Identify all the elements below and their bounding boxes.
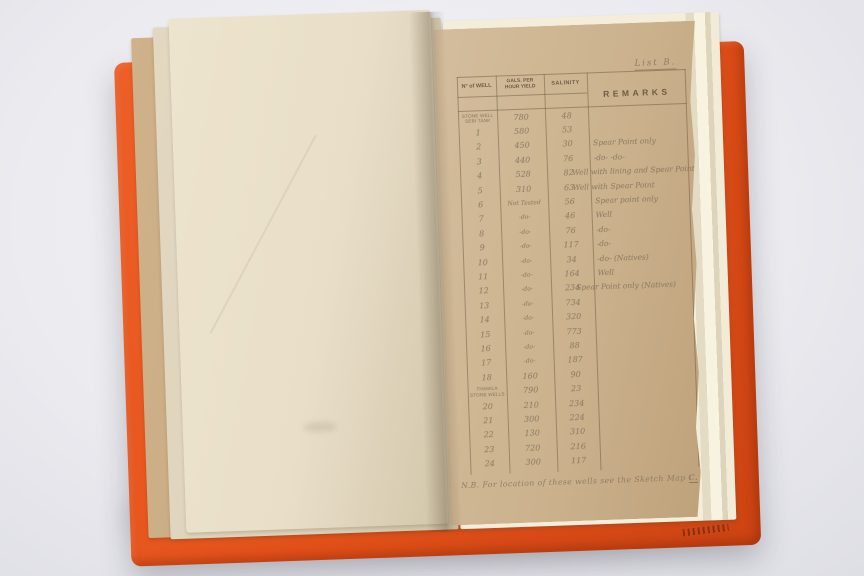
cell-well-number: 21 (469, 415, 508, 425)
cell-well-number: 1 (459, 128, 498, 138)
cell-salinity: 90 (554, 369, 597, 379)
cell-well-number: 10 (463, 257, 502, 267)
cell-salinity: 48 (545, 110, 588, 120)
cell-remarks (595, 313, 694, 316)
cell-remarks: -do- (592, 222, 691, 234)
cell-yield: -do- (506, 357, 554, 366)
cell-well-number: Thamila Stone Wells (468, 386, 507, 398)
cell-well-number: 18 (467, 372, 506, 382)
cell-remarks: Well (593, 265, 692, 277)
map-reference: C. (688, 473, 698, 483)
cell-remarks (588, 111, 687, 114)
header-salinity: SALINITY (544, 72, 588, 93)
page-smudge (303, 421, 337, 432)
cell-well-number: 13 (465, 300, 504, 310)
cell-remarks (596, 327, 695, 330)
cell-yield: 450 (498, 140, 546, 151)
header-yield: GALS. PER HOUR YIELD (496, 74, 545, 96)
cell-remarks: Spear Point only (589, 135, 688, 147)
cell-salinity: 88 (553, 340, 596, 350)
cell-yield: 310 (500, 184, 548, 195)
cell-yield: 580 (498, 126, 546, 137)
header-well-number: N° of WELL (457, 76, 497, 97)
cell-yield: -do- (501, 213, 549, 222)
cell-yield: 780 (497, 112, 545, 123)
cell-salinity: 117 (550, 240, 593, 250)
cell-yield: 210 (507, 399, 555, 410)
cell-salinity: 76 (549, 225, 592, 235)
cell-well-number: 14 (465, 315, 504, 325)
right-table-page: List B. N° of WELL GALS. PER HOUR YIELD … (433, 21, 712, 526)
cell-yield: -do- (505, 328, 553, 337)
cell-yield: 300 (509, 457, 557, 468)
cell-well-number: 7 (462, 214, 501, 224)
list-title: List B. (584, 57, 676, 70)
cell-yield: -do- (505, 343, 553, 352)
cell-salinity: 187 (554, 355, 597, 365)
cell-well-number: 8 (462, 228, 501, 238)
cell-remarks: Spear point only (591, 193, 690, 205)
cell-remarks (597, 370, 696, 373)
cell-well-number: 3 (460, 156, 499, 166)
cell-remarks (596, 341, 695, 344)
cell-remarks (600, 456, 699, 459)
cell-yield: -do- (503, 285, 551, 294)
cell-yield: -do- (503, 271, 551, 280)
cell-salinity: 34 (550, 254, 593, 264)
cell-remarks: -do- (592, 236, 691, 248)
photo-backdrop: List B. N° of WELL GALS. PER HOUR YIELD … (0, 0, 864, 576)
cell-salinity: 320 (552, 311, 595, 321)
cell-yield: Not Tested (500, 199, 548, 208)
cell-well-number: 22 (469, 430, 508, 440)
cell-remarks (599, 413, 698, 416)
cell-well-number: 4 (460, 171, 499, 181)
cell-yield: 790 (507, 385, 555, 396)
cell-salinity: 23 (555, 383, 598, 393)
wells-table: N° of WELL GALS. PER HOUR YIELD SALINITY… (457, 69, 700, 475)
cell-remarks (595, 298, 694, 301)
cell-well-number: 23 (470, 444, 509, 454)
cell-yield: 130 (508, 428, 556, 439)
cell-remarks (599, 428, 698, 431)
cell-well-number: 9 (463, 243, 502, 253)
cell-remarks (600, 442, 699, 445)
cell-remarks (597, 356, 696, 359)
left-blank-page (169, 10, 449, 533)
cell-yield: 160 (506, 371, 554, 382)
cell-yield: 720 (509, 442, 557, 453)
page-smudge (209, 135, 316, 335)
cell-remarks: -do- -do- (589, 150, 688, 162)
cell-salinity: 216 (557, 441, 600, 451)
cell-remarks: Well with Spear Point (568, 179, 689, 192)
cell-remarks: -do- (Natives) (593, 251, 692, 263)
cell-well-number: 15 (466, 329, 505, 339)
cell-salinity: 773 (553, 326, 596, 336)
cell-well-number: 11 (464, 272, 503, 282)
cell-salinity: 56 (548, 196, 591, 206)
cell-yield: -do- (502, 242, 550, 251)
footnote-text: N.B. For location of these wells see the… (461, 473, 689, 490)
cell-well-number: Stone Well Sebi Tank (458, 113, 497, 125)
cell-yield: -do- (504, 314, 552, 323)
cell-remarks (589, 126, 688, 129)
cell-well-number: 20 (468, 401, 507, 411)
cell-salinity: 117 (557, 455, 600, 465)
cell-well-number: 6 (461, 200, 500, 210)
cell-yield: -do- (501, 228, 549, 237)
cell-salinity: 46 (548, 211, 591, 221)
cell-remarks: Spear Point only (Natives) (572, 279, 693, 292)
cell-salinity: 53 (545, 125, 588, 135)
cell-salinity: 734 (552, 297, 595, 307)
cell-well-number: 2 (459, 142, 498, 152)
cell-well-number: 16 (466, 343, 505, 353)
cell-yield: -do- (504, 300, 552, 309)
cell-yield: 528 (499, 169, 547, 180)
cell-salinity: 310 (556, 427, 599, 437)
cell-salinity: 30 (546, 139, 589, 149)
cell-remarks: Well with lining and Spear Point (568, 164, 689, 177)
header-remarks: REMARKS (587, 81, 687, 104)
cell-yield: 440 (499, 155, 547, 166)
cell-salinity: 76 (546, 153, 589, 163)
open-book: List B. N° of WELL GALS. PER HOUR YIELD … (103, 4, 778, 575)
cell-salinity: 234 (555, 398, 598, 408)
cell-remarks: Well (591, 207, 690, 219)
cell-salinity: 224 (556, 412, 599, 422)
table-rows: Stone Well Sebi Tank 780 48 1 580 53 2 4… (458, 104, 699, 472)
cell-yield: -do- (502, 256, 550, 265)
footnote: N.B. For location of these wells see the… (461, 472, 711, 490)
cell-well-number: 24 (470, 458, 509, 468)
cell-salinity: 164 (551, 268, 594, 278)
cell-remarks (598, 399, 697, 402)
cell-well-number: 17 (467, 358, 506, 368)
cell-well-number: 5 (461, 185, 500, 195)
cell-remarks (598, 384, 697, 387)
cell-yield: 300 (508, 414, 556, 425)
cell-well-number: 12 (464, 286, 503, 296)
